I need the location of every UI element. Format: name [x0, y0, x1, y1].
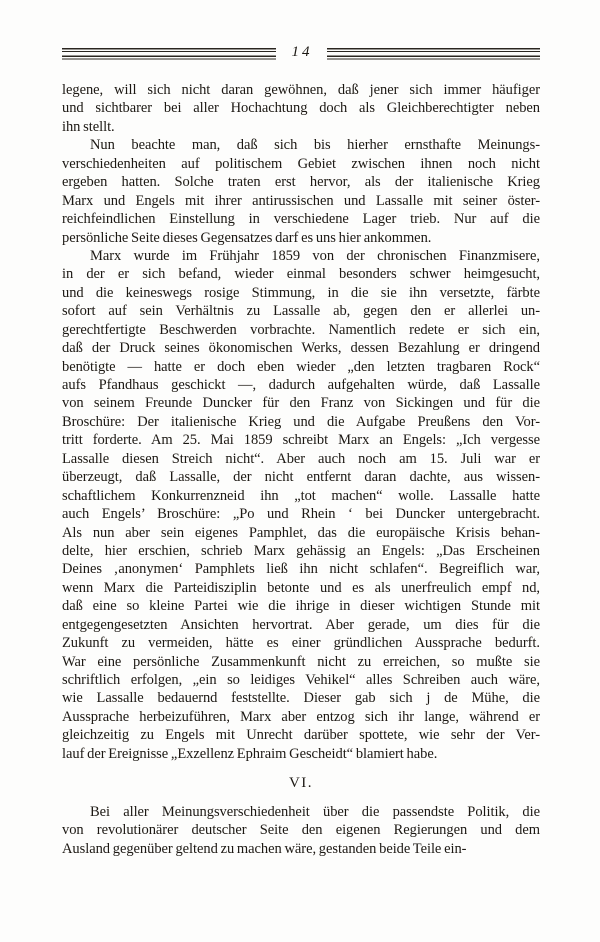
paragraph: Bei aller Meinungsverschiedenheit über d…: [62, 803, 540, 858]
page-body: legene, will sich nicht daran gewöhnen, …: [62, 81, 540, 858]
running-head: 14: [62, 44, 540, 63]
text-line: schriftlich erfolgen, „ein so leidiges V…: [62, 671, 540, 689]
text-line: von seinem Freunde Duncker für den Franz…: [62, 394, 540, 412]
text-line: Als nun aber sein eigenes Pamphlet, das …: [62, 524, 540, 542]
text-line: lauf der Ereignisse „Exzellenz Ephraim G…: [62, 745, 540, 763]
text-line: Lassalle diesen Streich nicht“. Aber auc…: [62, 450, 540, 468]
text-line: aufs Pfandhaus geschickt —, dadurch aufg…: [62, 376, 540, 394]
text-line: benötigte — hatte er doch eben wieder „d…: [62, 358, 540, 376]
text-line: in der er sich befand, wieder einmal bes…: [62, 265, 540, 283]
text-line: sofort auf sein Verhältnis zu Lassalle a…: [62, 302, 540, 320]
text-line: auch Engels’ Broschüre: „Po und Rhein ‘ …: [62, 505, 540, 523]
paragraph: legene, will sich nicht daran gewöhnen, …: [62, 81, 540, 136]
text-line: und sichtbarer bei aller Hochachtung doc…: [62, 99, 540, 117]
text-line: und die keineswegs rosige Stimmung, in d…: [62, 284, 540, 302]
text-line: Ausland gegenüber geltend zu machen wäre…: [62, 840, 540, 858]
text-line: überzeugt, daß Lassalle, der nicht entfe…: [62, 468, 540, 486]
text-line: Zukunft zu vermeiden, hätte es einer grü…: [62, 634, 540, 652]
text-line: entgegengesetzten Ansichten hervortrat. …: [62, 616, 540, 634]
text-line: delte, hier erschien, schrieb Marx gehäs…: [62, 542, 540, 560]
text-line: Broschüre: Der italienische Krieg und di…: [62, 413, 540, 431]
text-line: schaftlichem Konkurrenzneid ihn „tot mac…: [62, 487, 540, 505]
text-line: gerechtfertigte Beschwerden vorbrachte. …: [62, 321, 540, 339]
text-line: daß eine so kleine Partei wie die ihrige…: [62, 597, 540, 615]
text-line: daß der Druck seines ökonomischen Werks,…: [62, 339, 540, 357]
text-line: reichfeindlichen Einstellung in verschie…: [62, 210, 540, 228]
text-line: Marx wurde im Frühjahr 1859 von der chro…: [62, 247, 540, 265]
text-line: tritt forderte. Am 25. Mai 1859 schreibt…: [62, 431, 540, 449]
text-line: verschiedenheiten auf politischem Gebiet…: [62, 155, 540, 173]
text-line: legene, will sich nicht daran gewöhnen, …: [62, 81, 540, 99]
text-line: Aussprache herbeizuführen, Marx aber ent…: [62, 708, 540, 726]
text-line: persönliche Seite dieses Gegensatzes dar…: [62, 229, 540, 247]
text-line: Bei aller Meinungsverschiedenheit über d…: [62, 803, 540, 821]
scanned-book-page: 14 legene, will sich nicht daran gewöhne…: [0, 0, 600, 942]
text-line: wie Lassalle bedauernd feststellte. Dies…: [62, 689, 540, 707]
paragraph: Nun beachte man, daß sich bis hierher er…: [62, 136, 540, 247]
page-number: 14: [276, 44, 327, 63]
text-line: Nun beachte man, daß sich bis hierher er…: [62, 136, 540, 154]
text-line: von revolutionärer deutscher Seite den e…: [62, 821, 540, 839]
text-line: War eine persönliche Zusammenkunft nicht…: [62, 653, 540, 671]
header-rule-left: [62, 48, 276, 60]
header-rule-right: [327, 48, 541, 60]
text-line: ergeben hatten. Solche traten erst hervo…: [62, 173, 540, 191]
text-line: Deines ‚anonymen‘ Pamphlets ließ ihn nic…: [62, 560, 540, 578]
text-line: wenn Marx die Parteidisziplin betonte un…: [62, 579, 540, 597]
text-line: Marx und Engels mit ihrer antirussischen…: [62, 192, 540, 210]
text-line: ihn stellt.: [62, 118, 540, 136]
section-heading: VI.: [62, 774, 540, 792]
text-line: gleichzeitig zu Engels mit Unrecht darüb…: [62, 726, 540, 744]
paragraph: Marx wurde im Frühjahr 1859 von der chro…: [62, 247, 540, 763]
